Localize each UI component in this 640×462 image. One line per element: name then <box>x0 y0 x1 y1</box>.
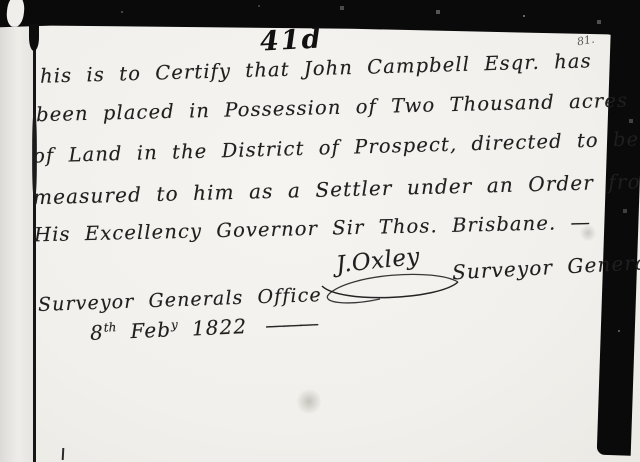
date-day-superscript: th <box>103 320 116 335</box>
date-line: 8thFeby1822——— <box>90 311 317 345</box>
handwritten-line-2: been placed in Possession of Two Thousan… <box>36 89 629 126</box>
handwritten-line-4: measured to him as a Settler under an Or… <box>33 169 640 209</box>
scanned-document-page: 41d 81. his is to Certify that John Camp… <box>0 0 640 462</box>
date-gap <box>117 338 131 339</box>
date-day: 8 <box>90 320 105 345</box>
trailing-dash: ——— <box>265 311 317 337</box>
scan-noise-speckles <box>0 0 2 2</box>
scan-border-right <box>597 23 640 456</box>
date-month-superscript: y <box>171 317 178 331</box>
corner-archive-mark: 81. <box>576 33 595 49</box>
date-month: Feb <box>130 317 172 343</box>
date-gap <box>178 335 192 336</box>
handwritten-line-5: His Excellency Governor Sir Thos. Brisba… <box>34 211 592 247</box>
office-line: Surveyor Generals Office <box>38 284 322 316</box>
scan-notch <box>5 0 25 28</box>
handwritten-line-1: his is to Certify that John Campbell Esq… <box>40 49 592 87</box>
folio-number: 41d <box>259 23 323 57</box>
date-year: 1822 <box>191 314 247 340</box>
handwritten-line-3: of Land in the District of Prospect, dir… <box>33 128 640 168</box>
stray-pen-mark <box>62 448 65 460</box>
paper-stain <box>297 388 321 415</box>
left-page-margin <box>0 0 33 462</box>
